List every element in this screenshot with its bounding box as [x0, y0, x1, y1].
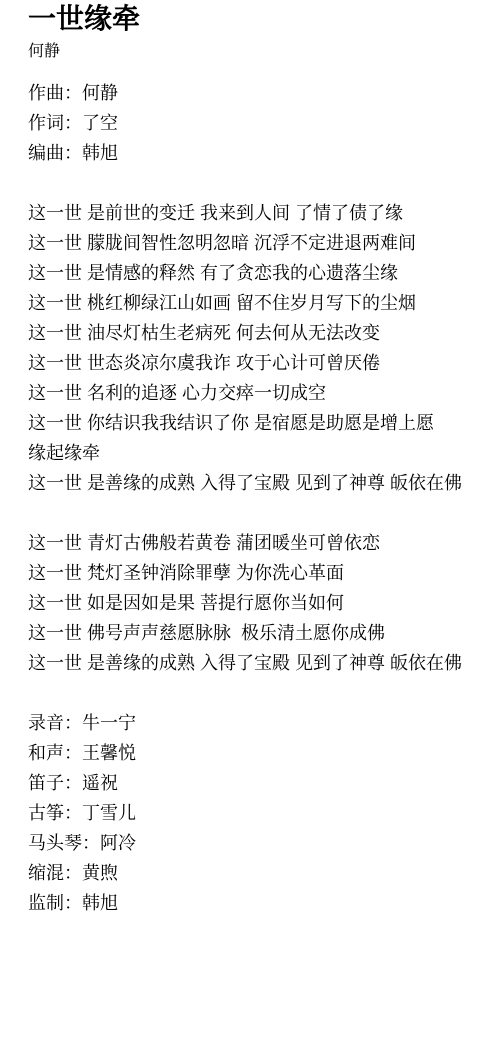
lyrics-stanza-2: 这一世 青灯古佛般若黄卷 蒲团暖坐可曾依恋这一世 梵灯圣钟消除罪孽 为你洗心革面…: [28, 528, 500, 678]
credit-line: 作词：了空: [28, 108, 500, 138]
credit-line: 缩混：黄煦: [28, 858, 500, 888]
lyrics-stanza-1: 这一世 是前世的变迁 我来到人间 了情了债了缘这一世 朦胧间智性忽明忽暗 沉浮不…: [28, 198, 500, 498]
lyric-line: 这一世 名利的追逐 心力交瘁一切成空: [28, 378, 500, 408]
lyric-line: 这一世 是善缘的成熟 入得了宝殿 见到了神尊 皈依在佛: [28, 468, 500, 498]
lyric-line: 这一世 是前世的变迁 我来到人间 了情了债了缘: [28, 198, 500, 228]
credit-line: 录音：牛一宁: [28, 708, 500, 738]
credits-top-block: 作曲：何静作词：了空编曲：韩旭: [28, 78, 500, 168]
page-title: 一世缘牵: [28, 2, 500, 36]
lyric-line: 这一世 是善缘的成熟 入得了宝殿 见到了神尊 皈依在佛: [28, 648, 500, 678]
credits-bottom-block: 录音：牛一宁和声：王馨悦笛子：遥祝古筝：丁雪儿马头琴：阿冷缩混：黄煦监制：韩旭: [28, 708, 500, 918]
lyric-line: 这一世 如是因如是果 菩提行愿你当如何: [28, 588, 500, 618]
lyric-line: 这一世 佛号声声慈愿脉脉 极乐清土愿你成佛: [28, 618, 500, 648]
credit-line: 编曲：韩旭: [28, 138, 500, 168]
lyric-line: 这一世 你结识我我结识了你 是宿愿是助愿是增上愿: [28, 408, 500, 438]
lyric-line: 这一世 是情感的释然 有了贪恋我的心遗落尘缘: [28, 258, 500, 288]
lyric-line: 这一世 朦胧间智性忽明忽暗 沉浮不定进退两难间: [28, 228, 500, 258]
credit-line: 马头琴：阿冷: [28, 828, 500, 858]
lyric-line: 这一世 油尽灯枯生老病死 何去何从无法改变: [28, 318, 500, 348]
lyrics-page: 一世缘牵 何静 作曲：何静作词：了空编曲：韩旭 这一世 是前世的变迁 我来到人间…: [0, 2, 500, 918]
lyric-line: 缘起缘牵: [28, 438, 500, 468]
credit-line: 监制：韩旭: [28, 888, 500, 918]
credit-line: 古筝：丁雪儿: [28, 798, 500, 828]
lyric-line: 这一世 桃红柳绿江山如画 留不住岁月写下的尘烟: [28, 288, 500, 318]
credit-line: 作曲：何静: [28, 78, 500, 108]
artist-name: 何静: [28, 41, 500, 63]
credit-line: 和声：王馨悦: [28, 738, 500, 768]
lyric-line: 这一世 世态炎凉尔虞我诈 攻于心计可曾厌倦: [28, 348, 500, 378]
credit-line: 笛子：遥祝: [28, 768, 500, 798]
lyric-line: 这一世 青灯古佛般若黄卷 蒲团暖坐可曾依恋: [28, 528, 500, 558]
lyric-line: 这一世 梵灯圣钟消除罪孽 为你洗心革面: [28, 558, 500, 588]
